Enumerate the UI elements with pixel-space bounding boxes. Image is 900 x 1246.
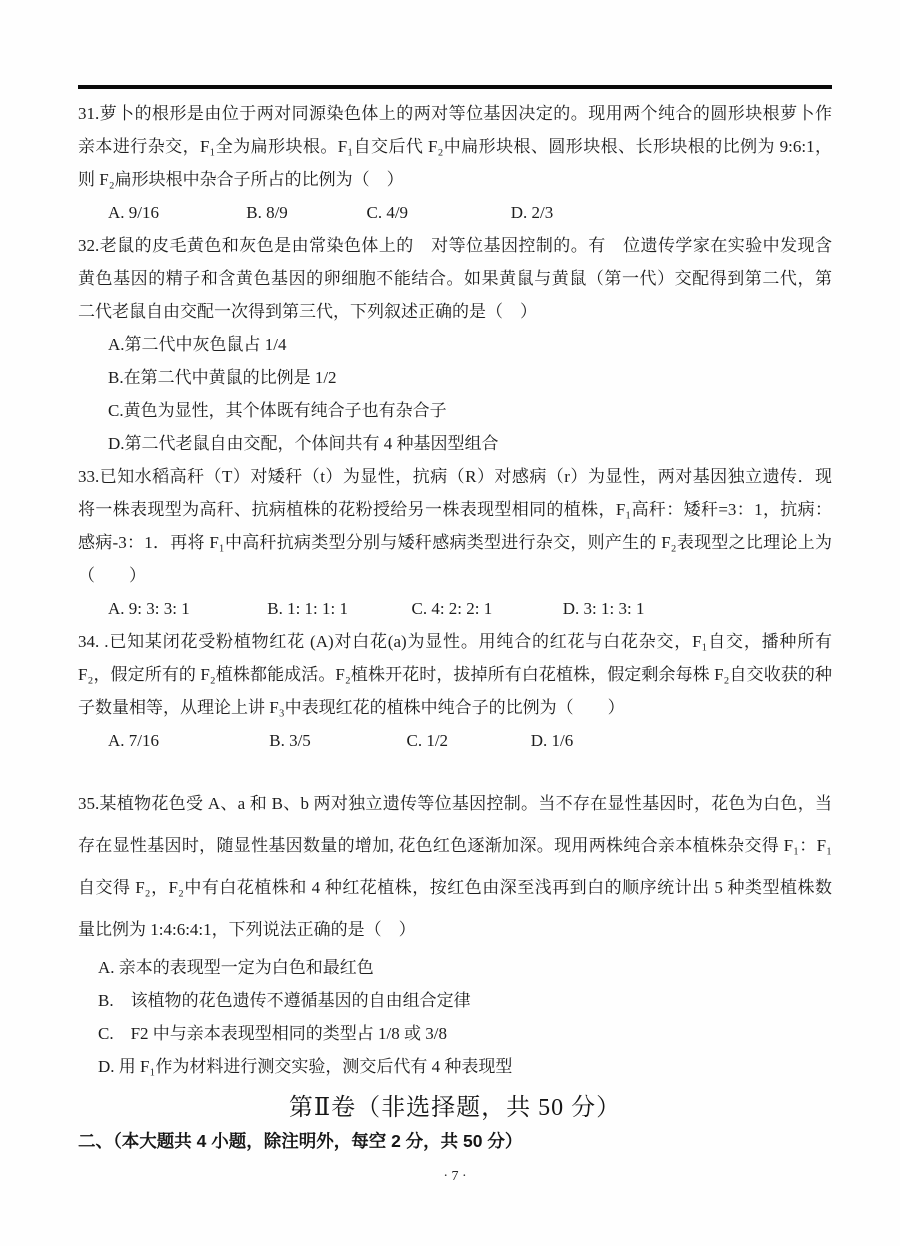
question-33-option-b: B. 1: 1: 1: 1 [267,592,407,625]
question-32-options: A.第二代中灰色鼠占 1/4 B.在第二代中黄鼠的比例是 1/2 C.黄色为显性… [78,328,832,460]
question-31-option-d: D. 2/3 [511,196,554,229]
question-35-option-c: C. F2 中与亲本表现型相同的类型占 1/8 或 3/8 [78,1017,832,1050]
page-content: 31.萝卜的根形是由位于两对同源染色体上的两对等位基因决定的。现用两个纯合的圆形… [78,97,832,1185]
question-34-option-b: B. 3/5 [269,724,402,757]
question-34-option-a: A. 7/16 [108,724,265,757]
exam-page: 31.萝卜的根形是由位于两对同源染色体上的两对等位基因决定的。现用两个纯合的圆形… [0,0,900,1246]
question-35-line-1: 35.某植物花色受 A、a 和 B、b 两对独立遗传等位基因控制。当不存在显性基… [78,783,832,825]
question-35-options: A. 亲本的表现型一定为白色和最红色 B. 该植物的花色遗传不遵循基因的自由组合… [78,951,832,1083]
question-34: 34. .已知某闭花受粉植物红花 (A)对白花(a)为显性。用纯合的红花与白花杂… [78,625,832,757]
question-34-option-d: D. 1/6 [531,724,574,757]
section-2-instructions: 二、（本大题共 4 小题，除注明外，每空 2 分，共 50 分） [78,1128,832,1153]
question-34-option-c: C. 1/2 [407,724,527,757]
question-33-line-1: 33.已知水稻高秆（T）对矮秆（t）为显性，抗病（R）对感病（r）为显性，两对基… [78,460,832,493]
question-32: 32.老鼠的皮毛黄色和灰色是由常染色体上的 对等位基因控制的。有 位遗传学家在实… [78,229,832,460]
question-33-line-2: 将一株表现型为高秆、抗病植株的花粉授给另一株表现型相同的植株，F₁高秆：矮秆=3… [78,493,832,526]
question-35-option-b: B. 该植物的花色遗传不遵循基因的自由组合定律 [78,984,832,1017]
question-35-option-d: D. 用 F₁作为材料进行测交实验，测交后代有 4 种表现型 [78,1050,832,1083]
question-31-option-a: A. 9/16 [108,196,242,229]
question-31-line-2: 亲本进行杂交，F₁全为扁形块根。F₁自交后代 F₂中扁形块根、圆形块根、长形块根… [78,130,832,163]
question-34-options: A. 7/16 B. 3/5 C. 1/2 D. 1/6 [78,724,832,757]
question-35-line-2: 存在显性基因时，随显性基因数量的增加, 花色红色逐渐加深。现用两株纯合亲本植株杂… [78,825,832,867]
question-34-line-1: 34. .已知某闭花受粉植物红花 (A)对白花(a)为显性。用纯合的红花与白花杂… [78,625,832,658]
question-31: 31.萝卜的根形是由位于两对同源染色体上的两对等位基因决定的。现用两个纯合的圆形… [78,97,832,229]
question-33-line-4: （ ） [78,559,832,592]
question-33-options: A. 9: 3: 3: 1 B. 1: 1: 1: 1 C. 4: 2: 2: … [78,592,832,625]
page-number: · 7 · [78,1169,832,1185]
question-33: 33.已知水稻高秆（T）对矮秆（t）为显性，抗病（R）对感病（r）为显性，两对基… [78,460,832,625]
question-31-option-c: C. 4/9 [367,196,507,229]
question-31-options: A. 9/16 B. 8/9 C. 4/9 D. 2/3 [78,196,832,229]
question-35: 35.某植物花色受 A、a 和 B、b 两对独立遗传等位基因控制。当不存在显性基… [78,783,832,1083]
question-32-option-d: D.第二代老鼠自由交配，个体间共有 4 种基因型组合 [78,427,832,460]
question-32-option-b: B.在第二代中黄鼠的比例是 1/2 [78,361,832,394]
question-34-line-2: F₂，假定所有的 F₂植株都能成活。F₂植株开花时，拔掉所有白花植株，假定剩余每… [78,658,832,691]
question-31-option-b: B. 8/9 [246,196,362,229]
question-33-option-d: D. 3: 1: 3: 1 [563,592,645,625]
question-33-option-c: C. 4: 2: 2: 1 [412,592,559,625]
question-35-line-4: 量比例为 1:4:6:4:1，下列说法正确的是（ ） [78,909,832,951]
question-34-line-3: 子数量相等，从理论上讲 F₃中表现红花的植株中纯合子的比例为（ ） [78,691,832,724]
question-35-option-a: A. 亲本的表现型一定为白色和最红色 [78,951,832,984]
question-32-option-a: A.第二代中灰色鼠占 1/4 [78,328,832,361]
question-32-line-1: 32.老鼠的皮毛黄色和灰色是由常染色体上的 对等位基因控制的。有 位遗传学家在实… [78,229,832,262]
question-31-line-3: 则 F₂扁形块根中杂合子所占的比例为（ ） [78,163,832,196]
question-32-line-3: 二代老鼠自由交配一次得到第三代，下列叙述正确的是（ ） [78,295,832,328]
header-divider-rule [78,85,832,89]
question-31-line-1: 31.萝卜的根形是由位于两对同源染色体上的两对等位基因决定的。现用两个纯合的圆形… [78,97,832,130]
question-33-line-3: 感病-3：1．再将 F₁中高秆抗病类型分别与矮秆感病类型进行杂交，则产生的 F₂… [78,526,832,559]
question-32-option-c: C.黄色为显性，其个体既有纯合子也有杂合子 [78,394,832,427]
question-33-option-a: A. 9: 3: 3: 1 [108,592,263,625]
question-32-line-2: 黄色基因的精子和含黄色基因的卵细胞不能结合。如果黄鼠与黄鼠（第一代）交配得到第二… [78,262,832,295]
question-35-line-3: 自交得 F₂，F₂中有白花植株和 4 种红花植株，按红色由深至浅再到白的顺序统计… [78,867,832,909]
section-2-title: 第Ⅱ卷（非选择题，共 50 分） [78,1087,832,1122]
